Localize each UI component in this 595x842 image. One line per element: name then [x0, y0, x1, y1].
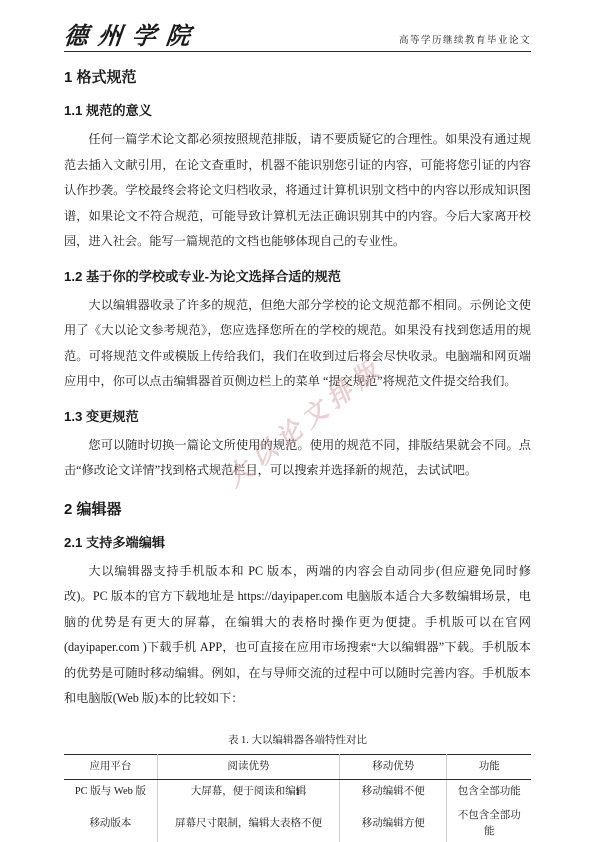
paragraph-1-3: 您可以随时切换一篇论文所使用的规范。使用的规范不同，排版结果就会不同。点击“修改… [64, 433, 531, 484]
table-cell: 移动编辑方便 [340, 804, 447, 842]
section-heading-1-3: 1.3 变更规范 [64, 407, 531, 427]
page-footer: 1 [0, 787, 595, 798]
page-number: 1 [295, 787, 300, 798]
table-header-row: 应用平台 阅读优势 移动优势 功能 [64, 754, 531, 779]
table-cell: 移动版本 [64, 804, 157, 842]
table-caption: 表 1. 大以编辑器各端特性对比 [64, 732, 531, 747]
paragraph-1-2: 大以编辑器收录了许多的规范，但绝大部分学校的论文规范都不相同。示例论文使用了《大… [64, 293, 531, 395]
section-heading-1-2: 1.2 基于你的学校或专业-为论文选择合适的规范 [64, 267, 531, 287]
table-row: 移动版本 屏幕尺寸限制，编辑大表格不便 移动编辑方便 不包含全部功能 [64, 804, 531, 842]
section-heading-1: 1 格式规范 [64, 67, 531, 89]
document-page: 大以论文排版 德州学院 高等学历继续教育毕业论文 1 格式规范 1.1 规范的意… [0, 0, 595, 842]
section-heading-2-1: 2.1 支持多端编辑 [64, 533, 531, 553]
table-cell: 屏幕尺寸限制，编辑大表格不便 [157, 804, 339, 842]
section-heading-1-1: 1.1 规范的意义 [64, 101, 531, 121]
doc-type-label: 高等学历继续教育毕业论文 [399, 32, 531, 48]
table-header-mobility: 移动优势 [340, 754, 447, 779]
paragraph-2-1: 大以编辑器支持手机版本和 PC 版本，两端的内容会自动同步(但应避免同时修改)。… [64, 559, 531, 712]
university-logo: 德州学院 [63, 24, 202, 48]
document-body: 1 格式规范 1.1 规范的意义 任何一篇学术论文都必须按照规范排版，请不要质疑… [0, 67, 595, 842]
table-header-features: 功能 [447, 754, 531, 779]
table-cell: 不包含全部功能 [447, 804, 531, 842]
section-heading-2: 2 编辑器 [64, 499, 531, 521]
table-header-reading: 阅读优势 [157, 754, 339, 779]
table-header-platform: 应用平台 [64, 754, 157, 779]
page-header: 德州学院 高等学历继续教育毕业论文 [64, 0, 531, 52]
paragraph-1-1: 任何一篇学术论文都必须按照规范排版，请不要质疑它的合理性。如果没有通过规范去插入… [64, 127, 531, 255]
